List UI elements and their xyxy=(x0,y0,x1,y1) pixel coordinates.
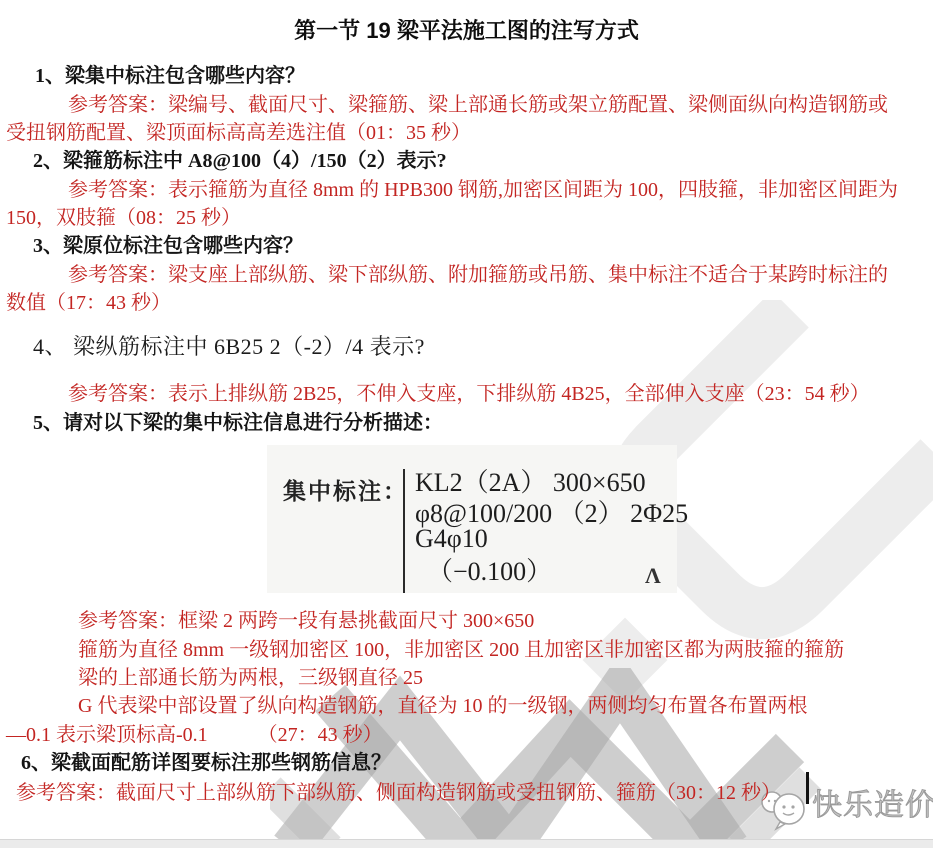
brand-text: 快乐造价 xyxy=(812,791,933,821)
figure-divider-line xyxy=(403,469,405,593)
bottom-divider-band xyxy=(0,839,933,848)
answer-1-line-2: 受扭钢筋配置、梁顶面标高高差选注值（01：35 秒） xyxy=(6,120,471,146)
answer-3-line-2: 数值（17：43 秒） xyxy=(6,290,171,316)
question-6: 6、梁截面配筋详图要标注那些钢筋信息？ xyxy=(21,750,391,776)
document-page: 第一节 19 梁平法施工图的注写方式 1、梁集中标注包含哪些内容？ 参考答案：梁… xyxy=(0,0,933,848)
answer-1-line-1: 参考答案：梁编号、截面尺寸、梁箍筋、梁上部通长筋或架立筋配置、梁侧面纵向构造钢筋… xyxy=(68,92,888,118)
answer-6-line-1: 参考答案：截面尺寸上部纵筋下部纵筋、侧面构造钢筋或受扭钢筋、箍筋（30：12 秒… xyxy=(16,780,781,806)
question-5: 5、请对以下梁的集中标注信息进行分析描述： xyxy=(33,410,443,436)
question-2: 2、梁箍筋标注中 A8@100（4）/150（2）表示? xyxy=(33,148,447,174)
figure-label: 集中标注： xyxy=(283,473,408,506)
question-3: 3、梁原位标注包含哪些内容？ xyxy=(33,233,303,259)
brand-logo: 快乐造价 xyxy=(758,780,933,832)
question-4: 4、 梁纵筋标注中 6B25 2（-2）/4 表示? xyxy=(33,334,425,360)
answer-2-line-2: 150，双肢箍（08：25 秒） xyxy=(6,205,241,231)
figure-line-elevation: （−0.100） xyxy=(427,551,552,588)
answer-5-line-1: 参考答案：框梁 2 两跨一段有悬挑截面尺寸 300×650 xyxy=(78,608,534,634)
page-title: 第一节 19 梁平法施工图的注写方式 xyxy=(0,14,933,45)
answer-5-line-5: —0.1 表示梁顶标高-0.1 （27：43 秒） xyxy=(6,722,383,748)
figure-line-side-bars: G4φ10 xyxy=(415,524,488,554)
beam-annotation-figure: 集中标注： KL2（2A） 300×650 φ8@100/200 （2） 2Φ2… xyxy=(267,445,677,593)
answer-5-line-2: 箍筋为直径 8mm 一级钢加密区 100，非加密区 200 且加密区非加密区都为… xyxy=(78,637,844,663)
answer-5-line-3: 梁的上部通长筋为两根，三级钢直径 25 xyxy=(78,665,423,691)
answer-5-line-4: G 代表梁中部设置了纵向构造钢筋，直径为 10 的一级钢，两侧均匀布置各布置两根 xyxy=(78,693,807,719)
answer-3-line-1: 参考答案：梁支座上部纵筋、梁下部纵筋、附加箍筋或吊筋、集中标注不适合于某跨时标注… xyxy=(68,262,888,288)
figure-caret-mark: Λ xyxy=(645,563,661,589)
answer-2-line-1: 参考答案：表示箍筋为直径 8mm 的 HPB300 钢筋,加密区间距为 100，… xyxy=(68,177,898,203)
question-1: 1、梁集中标注包含哪些内容？ xyxy=(35,63,305,89)
text-cursor-bar xyxy=(806,772,809,804)
answer-4-line-1: 参考答案：表示上排纵筋 2B25，不伸入支座，下排纵筋 4B25，全部伸入支座（… xyxy=(68,381,870,407)
